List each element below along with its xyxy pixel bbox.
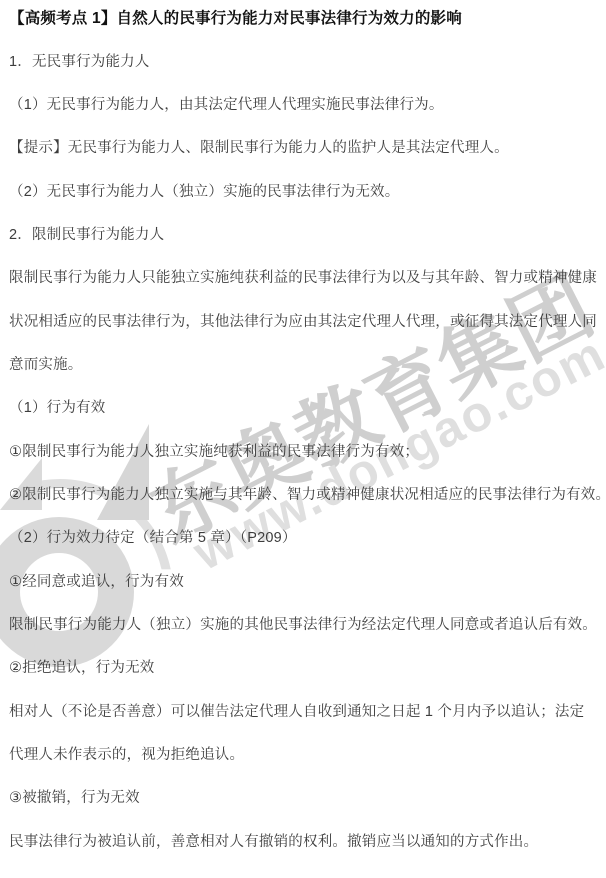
text-line: （2）无民事行为能力人（独立）实施的民事法律行为无效。	[9, 168, 602, 211]
document-body: 【高频考点 1】自然人的民事行为能力对民事法律行为效力的影响 1．无民事行为能力…	[0, 0, 606, 862]
text-line: ②拒绝追认，行为无效	[9, 645, 602, 688]
text-line: （1）行为有效	[9, 385, 602, 428]
page-title: 【高频考点 1】自然人的民事行为能力对民事法律行为效力的影响	[9, 0, 602, 38]
text-line: ①经同意或追认，行为有效	[9, 558, 602, 601]
text-line: 状况相适应的民事法律行为，其他法律行为应由其法定代理人代理，或征得其法定代理人同	[9, 298, 602, 341]
text-line: ③被撤销，行为无效	[9, 775, 602, 818]
text-line: ①限制民事行为能力人独立实施纯获利益的民事法律行为有效；	[9, 428, 602, 471]
text-line: 1．无民事行为能力人	[9, 38, 602, 81]
text-line: 2．限制民事行为能力人	[9, 212, 602, 255]
text-line: 民事法律行为被追认前，善意相对人有撤销的权利。撤销应当以通知的方式作出。	[9, 819, 602, 862]
text-line: 代理人未作表示的，视为拒绝追认。	[9, 732, 602, 775]
text-line: 限制民事行为能力人（独立）实施的其他民事法律行为经法定代理人同意或者追认后有效。	[9, 602, 602, 645]
text-line: 限制民事行为能力人只能独立实施纯获利益的民事法律行为以及与其年龄、智力或精神健康	[9, 255, 602, 298]
text-line: （1）无民事行为能力人，由其法定代理人代理实施民事法律行为。	[9, 82, 602, 125]
text-line: （2）行为效力待定（结合第 5 章）（P209）	[9, 515, 602, 558]
text-line: 【提示】无民事行为能力人、限制民事行为能力人的监护人是其法定代理人。	[9, 125, 602, 168]
text-line: ②限制民事行为能力人独立实施与其年龄、智力或精神健康状况相适应的民事法律行为有效…	[9, 472, 602, 515]
text-line: 相对人（不论是否善意）可以催告法定代理人自收到通知之日起 1 个月内予以追认；法…	[9, 689, 602, 732]
text-line: 意而实施。	[9, 342, 602, 385]
